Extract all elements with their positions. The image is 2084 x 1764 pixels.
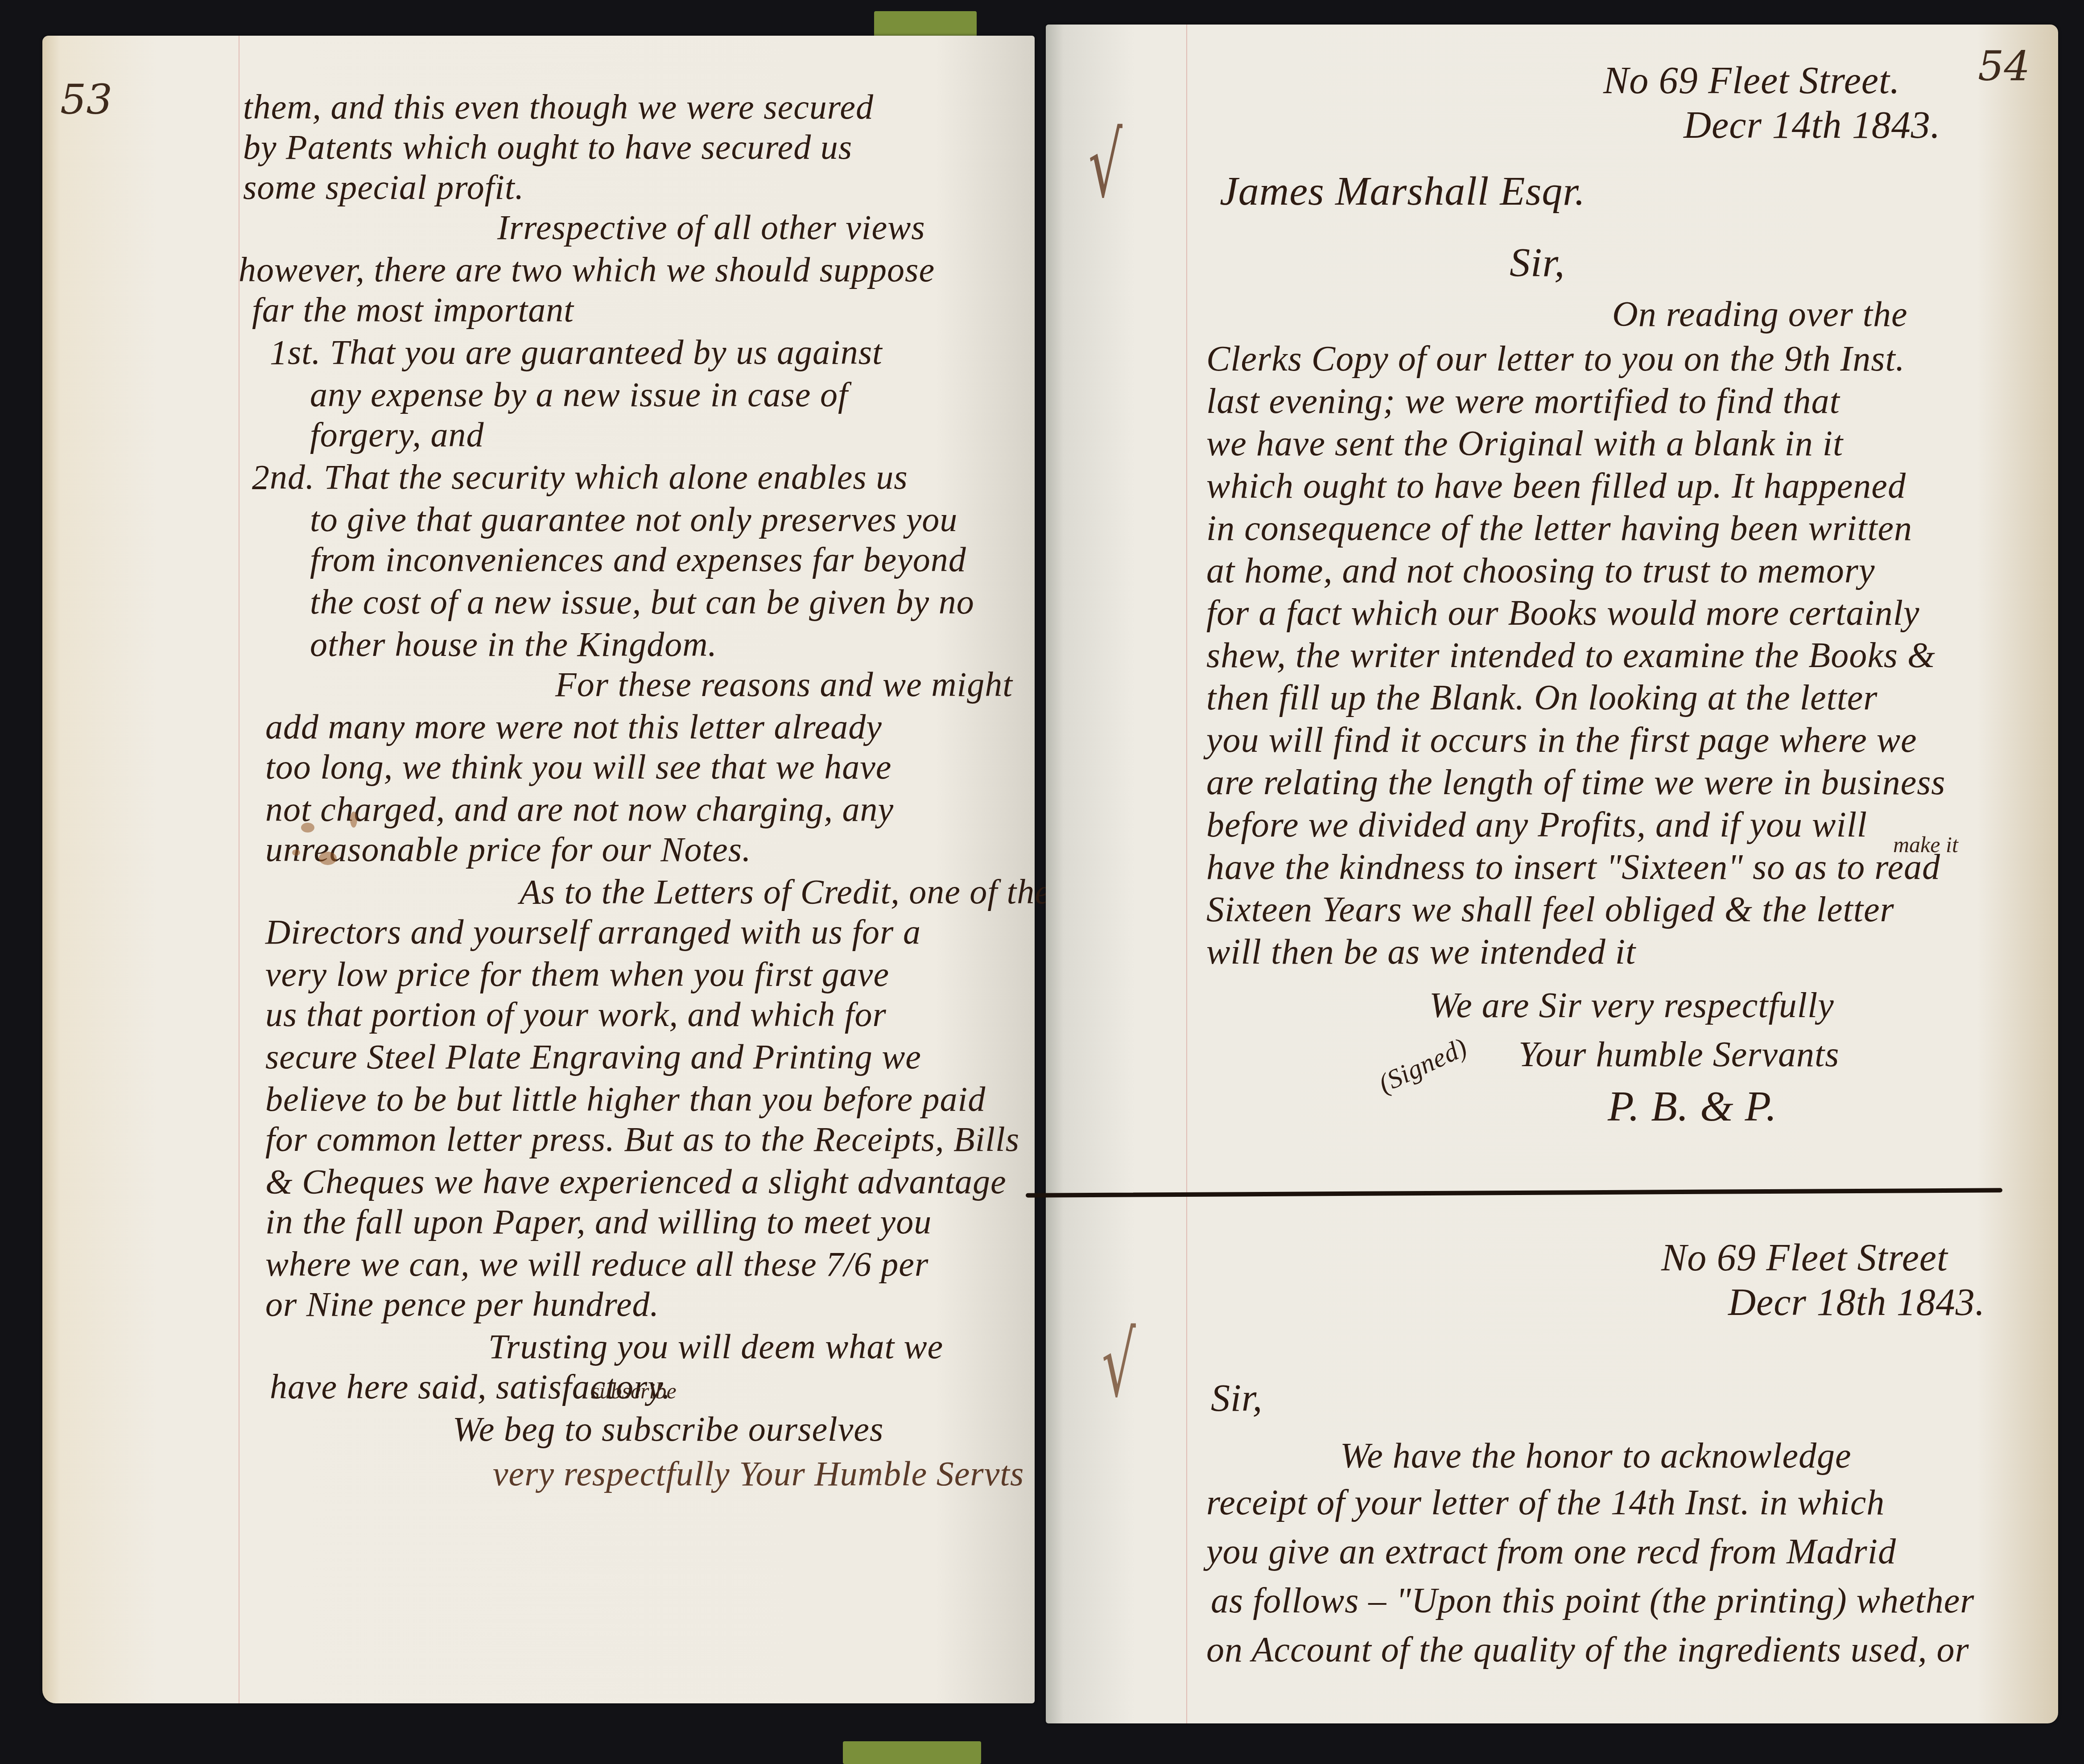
letter1-closing2: Your humble Servants	[1519, 1034, 1839, 1075]
letter2-salutation: Sir,	[1211, 1376, 1263, 1420]
text-line: For these reasons and we might	[555, 664, 1013, 705]
text-line: where we can, we will reduce all these 7…	[265, 1244, 929, 1284]
letter2-date: Decr 18th 1843.	[1728, 1280, 1985, 1324]
ink-stain	[319, 852, 337, 865]
text-line: in the fall upon Paper, and willing to m…	[265, 1202, 932, 1242]
text-line: receipt of your letter of the 14th Inst.…	[1206, 1483, 1885, 1523]
page-number: 53	[60, 76, 112, 124]
text-line: Irrespective of all other views	[497, 207, 925, 247]
text-line: before we divided any Profits, and if yo…	[1206, 805, 1867, 845]
insertion-above-line: subscribe	[591, 1378, 677, 1404]
left-page: 53 them, and this even though we were se…	[42, 36, 1035, 1703]
text-line: believe to be but little higher than you…	[265, 1079, 986, 1119]
text-line: at home, and not choosing to trust to me…	[1206, 551, 1875, 591]
text-line: in consequence of the letter having been…	[1206, 508, 1912, 549]
text-line: some special profit.	[243, 167, 524, 207]
text-line: have the kindness to insert "Sixteen" so…	[1206, 847, 1940, 888]
letter1-address: No 69 Fleet Street.	[1603, 58, 1900, 103]
text-line: unreasonable price for our Notes.	[265, 829, 751, 870]
text-line: as follows – "Upon this point (the print…	[1211, 1581, 1974, 1621]
text-line: you give an extract from one recd from M…	[1206, 1532, 1896, 1572]
text-line: from inconveniences and expenses far bey…	[310, 540, 966, 580]
text-line: Sixteen Years we shall feel obliged & th…	[1206, 890, 1894, 930]
text-line: forgery, and	[310, 415, 484, 455]
ink-stain	[301, 823, 314, 833]
text-line: will then be as we intended it	[1206, 932, 1636, 973]
text-line: Clerks Copy of our letter to you on the …	[1206, 339, 1905, 379]
ink-stain	[350, 812, 357, 828]
text-line: As to the Letters of Credit, one of the	[520, 872, 1051, 912]
text-line: Directors and yourself arranged with us …	[265, 912, 921, 952]
text-line: 2nd. That the security which alone enabl…	[252, 457, 908, 497]
letter1-date: Decr 14th 1843.	[1684, 103, 1940, 147]
text-line: you will find it occurs in the first pag…	[1206, 720, 1917, 761]
text-line: add many more were not this letter alrea…	[265, 707, 882, 747]
bookmark-ribbon-bottom	[843, 1741, 981, 1764]
text-line: them, and this even though we were secur…	[243, 87, 874, 127]
letter2-address: No 69 Fleet Street	[1661, 1235, 1948, 1280]
text-line: however, there are two which we should s…	[239, 250, 935, 290]
text-line: or Nine pence per hundred.	[265, 1284, 659, 1324]
letter1-recipient: James Marshall Esqr.	[1220, 167, 1585, 214]
right-page: 54 No 69 Fleet Street. Decr 14th 1843. √…	[1046, 25, 2058, 1723]
check-mark-icon: √	[1088, 114, 1122, 218]
text-line: for common letter press. But as to the R…	[265, 1119, 1019, 1159]
text-line: We beg to subscribe ourselves	[453, 1409, 883, 1449]
text-line: shew, the writer intended to examine the…	[1206, 635, 1935, 676]
page-number: 54	[1978, 42, 2030, 90]
text-line: very respectfully Your Humble Servts	[493, 1454, 1024, 1494]
text-line: too long, we think you will see that we …	[265, 747, 891, 787]
text-line: us that portion of your work, and which …	[265, 994, 887, 1034]
text-line: are relating the length of time we were …	[1206, 762, 1945, 803]
text-line: far the most important	[252, 290, 574, 330]
text-line: which ought to have been filled up. It h…	[1206, 466, 1906, 507]
text-line: not charged, and are not now charging, a…	[265, 789, 894, 829]
text-line: last evening; we were mortified to find …	[1206, 381, 1840, 422]
text-line: to give that guarantee not only preserve…	[310, 499, 957, 540]
text-line: We have the honor to acknowledge	[1340, 1436, 1852, 1476]
text-line: very low price for them when you first g…	[265, 954, 889, 994]
text-line: & Cheques we have experienced a slight a…	[265, 1162, 1007, 1202]
text-line: for a fact which our Books would more ce…	[1206, 593, 1919, 634]
text-line: Trusting you will deem what we	[488, 1327, 943, 1367]
letter1-signature: P. B. & P.	[1608, 1081, 1777, 1131]
signed-label: (Signed)	[1374, 1032, 1472, 1100]
text-line: we have sent the Original with a blank i…	[1206, 424, 1843, 464]
letter1-closing: We are Sir very respectfully	[1429, 985, 1834, 1026]
text-line: other house in the Kingdom.	[310, 624, 717, 664]
ink-stain	[292, 849, 300, 856]
text-line: secure Steel Plate Engraving and Printin…	[265, 1037, 921, 1077]
text-line: 1st. That you are guaranteed by us again…	[270, 332, 883, 372]
text-line: on Account of the quality of the ingredi…	[1206, 1630, 1969, 1670]
check-mark-icon: √	[1102, 1313, 1135, 1417]
text-line: On reading over the	[1612, 294, 1908, 335]
text-line: then fill up the Blank. On looking at th…	[1206, 678, 1878, 718]
letter1-salutation: Sir,	[1510, 239, 1565, 286]
margin-rule	[1186, 25, 1187, 1723]
text-line: the cost of a new issue, but can be give…	[310, 582, 974, 622]
text-line: by Patents which ought to have secured u…	[243, 127, 852, 167]
text-line: any expense by a new issue in case of	[310, 375, 848, 415]
